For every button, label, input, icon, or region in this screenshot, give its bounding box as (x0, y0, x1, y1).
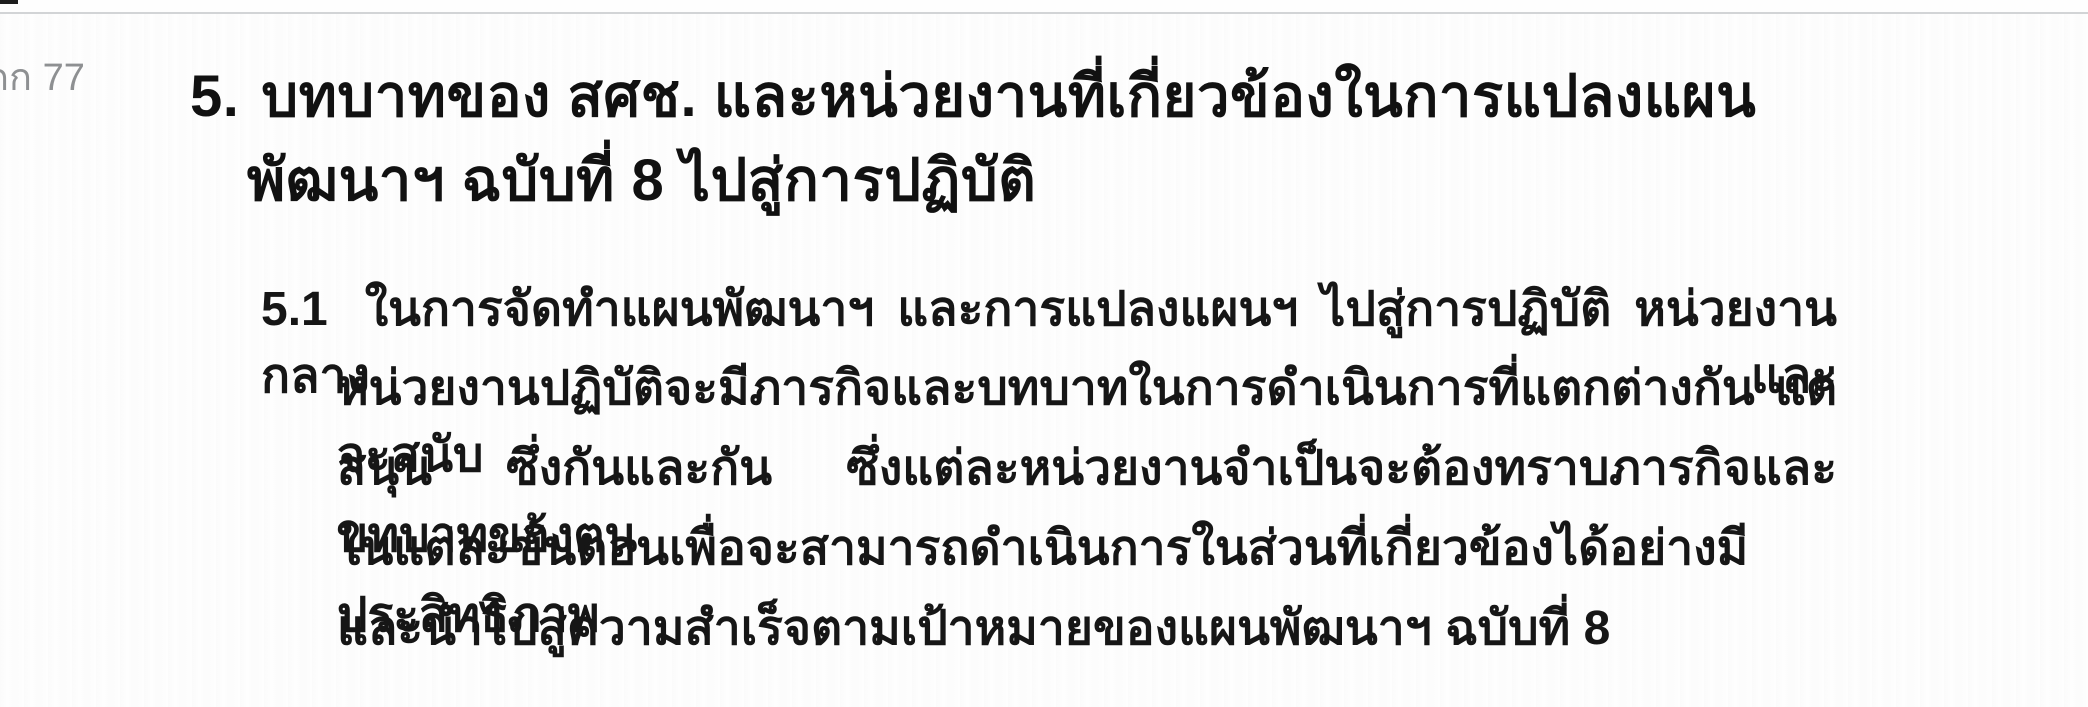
corner-notch (0, 0, 18, 4)
scanned-document-page: กก 77 5.บทบาทของ สศช. และหน่วยงานที่เกี่… (0, 0, 2088, 707)
top-divider-line (0, 12, 2088, 14)
paragraph-5-1-line-5: และนำไปสู่ความสำเร็จตามเป้าหมายของแผนพัฒ… (337, 595, 1839, 662)
section-heading-line-2: พัฒนาฯ ฉบับที่ 8 ไปสู่การปฏิบัติ (247, 142, 1036, 220)
section-heading-text-continued: พัฒนาฯ ฉบับที่ 8 ไปสู่การปฏิบัติ (247, 148, 1036, 213)
subsection-number: 5.1 (261, 283, 342, 336)
section-heading-text: บทบาทของ สศช. และหน่วยงานที่เกี่ยวข้องใน… (261, 64, 1756, 129)
page-corner-label: กก 77 (0, 58, 85, 100)
section-heading-line-1: 5.บทบาทของ สศช. และหน่วยงานที่เกี่ยวข้อง… (190, 58, 1756, 136)
section-heading-number: 5. (190, 64, 261, 129)
